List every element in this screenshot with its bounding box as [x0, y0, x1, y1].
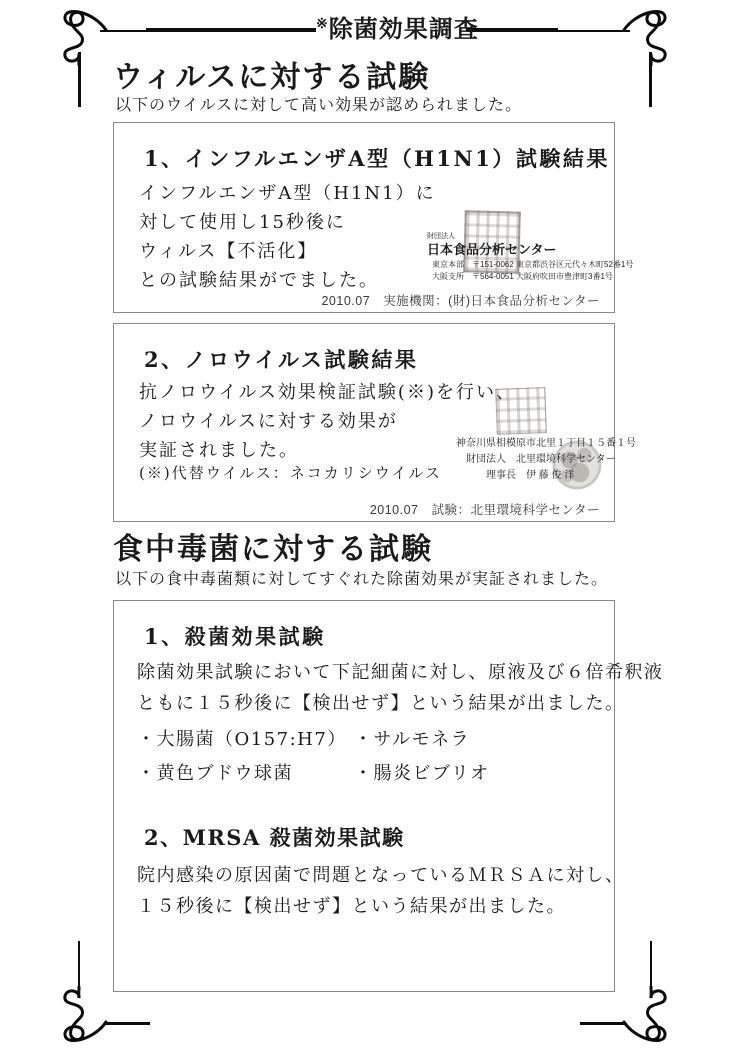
card-title: 1、インフルエンザA型（H1N1）試験結果: [144, 143, 610, 173]
card-body-line: 院内感染の原因菌で問題となっているＭＲＳＡに対し、: [137, 860, 625, 891]
org-address-line: 東京本部 〒151-0062 東京都渋谷区元代々木町52番1号: [432, 259, 633, 271]
card-body: 除菌効果試験において下記細菌に対し、原液及び６倍希釈液 ともに１５秒後に【検出せ…: [137, 657, 664, 719]
corner-flourish-icon: [622, 986, 674, 1048]
cert-address-line: 神奈川県相模原市北里１丁目１５番１号: [456, 434, 636, 449]
sterilization-result-card: 1、殺菌効果試験 除菌効果試験において下記細菌に対し、原液及び６倍希釈液 ともに…: [113, 600, 615, 801]
header-rule-thick-left: [146, 28, 316, 32]
bacteria-list-item: ・サルモネラ: [354, 723, 490, 757]
bacteria-section-heading: 食中毒菌に対する試験: [113, 524, 433, 568]
frame-line-top-right: [649, 52, 652, 107]
virus-section-heading: ウィルスに対する試験: [113, 52, 430, 96]
bacteria-section-subheading: 以下の食中毒菌類に対してすぐれた除菌効果が実証されました。: [115, 566, 608, 589]
header-rule-thin-right: [556, 30, 630, 32]
page-title-text: 除菌効果調査: [329, 14, 479, 43]
cert-org-line: 財団法人 北里環境科学センター: [466, 450, 616, 465]
corner-flourish-icon: [622, 4, 674, 66]
scanned-document-page: { "header": { "mark": "※", "title": "除菌効…: [0, 0, 730, 1050]
org-address-line: 大阪支所 〒564-0051 大阪府吹田市豊津町3番1号: [432, 271, 613, 283]
card-body-line: インフルエンザA型（H1N1）に: [139, 179, 436, 208]
footer-rule-left: [104, 1022, 150, 1025]
card-body-line: １５秒後に【検出せず】という結果が出ました。: [137, 891, 625, 922]
header-rule-thin-left: [100, 30, 148, 32]
card-note: (※)代替ウイルス：ネコカリシウイルス: [139, 462, 442, 483]
frame-line-top-left: [78, 52, 81, 107]
norovirus-result-card: 2、ノロウイルス試験結果 抗ノロウイルス効果検証試験(※)を行い、 ノロウイルス…: [113, 323, 615, 522]
card-body-line: 抗ノロウイルス効果検証試験(※)を行い、: [139, 378, 516, 407]
square-seal-stamp-icon: [495, 387, 547, 435]
frame-line-bottom-right: [650, 941, 652, 993]
card-body-line: 除菌効果試験において下記細菌に対し、原液及び６倍希釈液: [137, 657, 664, 688]
card-body: 抗ノロウイルス効果検証試験(※)を行い、 ノロウイルスに対する効果が 実証されま…: [139, 378, 516, 465]
bacteria-list-col1: ・大腸菌（O157:H7） ・黄色ブドウ球菌: [137, 723, 347, 791]
cert-director-line: 理事長 伊 藤 俊 洋: [486, 466, 574, 481]
card-body: インフルエンザA型（H1N1）に 対して使用し15秒後に ウィルス【不活化】 と…: [139, 179, 436, 295]
bacteria-list-col2: ・サルモネラ ・腸炎ビブリオ: [354, 723, 490, 791]
page-title: ※除菌効果調査: [316, 9, 479, 44]
card-body-line: ウィルス【不活化】: [139, 237, 436, 266]
influenza-result-card: 1、インフルエンザA型（H1N1）試験結果 インフルエンザA型（H1N1）に 対…: [113, 122, 615, 313]
card-body: 院内感染の原因菌で問題となっているＭＲＳＡに対し、 １５秒後に【検出せず】という…: [137, 860, 625, 922]
card-body-line: 対して使用し15秒後に: [139, 208, 436, 237]
virus-section-subheading: 以下のウイルスに対して高い効果が認められました。: [115, 92, 522, 115]
bacteria-list-item: ・黄色ブドウ球菌: [137, 757, 347, 791]
reference-mark: ※: [316, 16, 329, 32]
card-footer: 2010.07 試験：北里環境科学センター: [370, 500, 600, 518]
card-title: 1、殺菌効果試験: [144, 621, 326, 651]
card-body-line: ともに１５秒後に【検出せず】という結果が出ました。: [137, 688, 664, 719]
header-rule-thick-right: [466, 28, 558, 32]
mrsa-result-card: 2、MRSA 殺菌効果試験 院内感染の原因菌で問題となっているＭＲＳＡに対し、 …: [113, 800, 615, 992]
corner-flourish-icon: [56, 4, 108, 66]
card-title: 2、MRSA 殺菌効果試験: [144, 822, 405, 852]
org-name-label: 日本食品分析センター: [427, 239, 556, 258]
footer-rule-right: [580, 1022, 626, 1025]
card-footer: 2010.07 実施機関：(財)日本食品分析センター: [321, 291, 600, 309]
frame-line-bottom-left: [78, 941, 80, 993]
card-title: 2、ノロウイルス試験結果: [144, 344, 418, 374]
bacteria-list-item: ・大腸菌（O157:H7）: [137, 723, 347, 757]
corner-flourish-icon: [56, 986, 108, 1048]
bacteria-list-item: ・腸炎ビブリオ: [354, 757, 490, 791]
card-body-line: ノロウイルスに対する効果が: [139, 407, 516, 436]
